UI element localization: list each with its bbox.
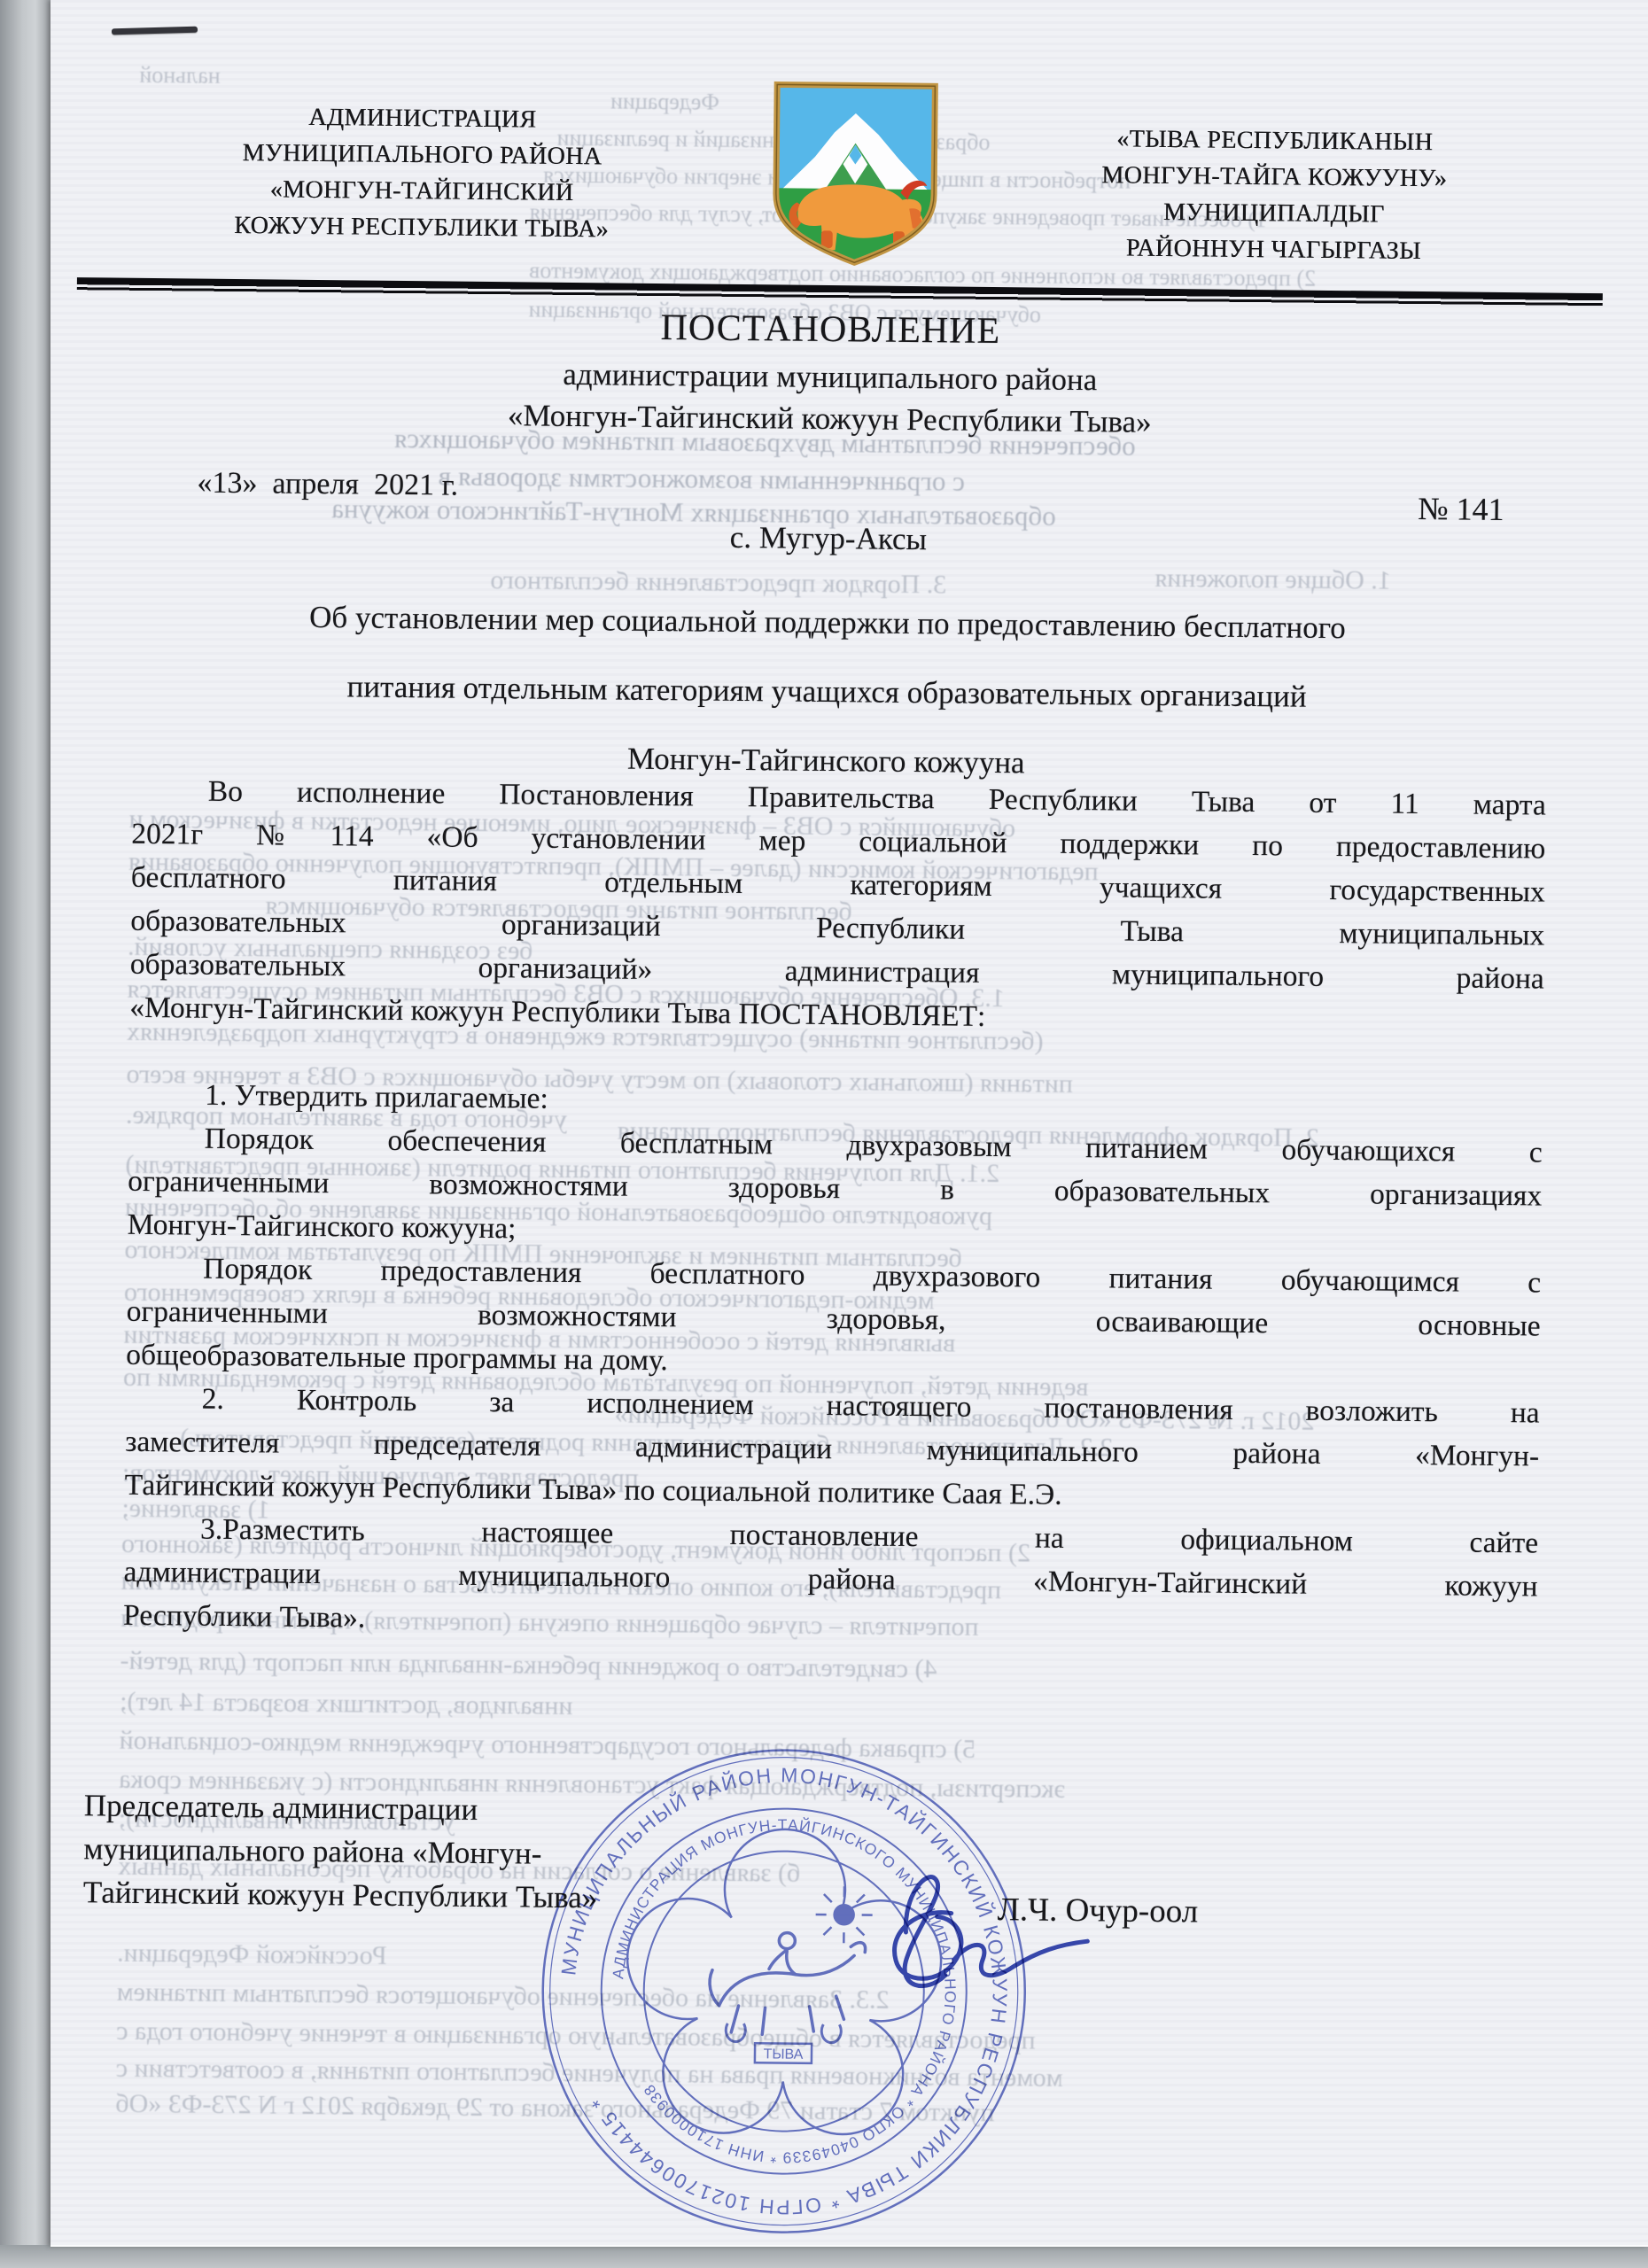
document-place: с. Мугур-Аксы [57, 513, 1600, 564]
document-number: № 141 [1418, 490, 1504, 528]
svg-text:ТЫВА: ТЫВА [764, 2047, 804, 2062]
org-name-line: РАЙОННУН ЧАГЫРГАЗЫ [1034, 229, 1512, 270]
org-name-line: «ТЫВА РЕСПУБЛИКАНЫН [1035, 120, 1513, 161]
org-name-line: МУНИЦИПАЛДЫГ [1035, 192, 1513, 234]
bleed-through-text-line: Российской Федерации. [117, 1938, 387, 1971]
scanner-edge-left [0, 0, 51, 2268]
issuing-org-name-russian: АДМИНИСТРАЦИЯМУНИЦИПАЛЬНОГО РАЙОНА«МОНГУ… [155, 97, 688, 248]
org-name-line: КОЖУУН РЕСПУБЛИКИ ТЫВА» [155, 206, 687, 248]
bleed-through-text-line: нальной [139, 62, 221, 89]
bleed-through-text-line: инвалидов, достигших возраста 14 лет); [120, 1687, 573, 1721]
signature-block: Председатель администрациимуниципального… [83, 1783, 599, 1919]
org-name-line: МОНГУН-ТАЙГА КОЖУУНУ» [1035, 156, 1513, 198]
bleed-through-text-line: с ограниченными возможностями здоровья в [438, 460, 965, 497]
coat-of-arms-field [766, 75, 944, 274]
coat-of-arms [766, 75, 944, 274]
org-name-line: АДМИНИСТРАЦИЯ [157, 97, 688, 139]
signature-title-line: муниципального района «Монгун- [83, 1827, 598, 1876]
stamp-banner: ТЫВА [755, 2043, 812, 2063]
scanned-document-page: нальнойФедерацииобразовательных организа… [0, 0, 1648, 2268]
bleed-through-text-line: 1. Общие положения [1154, 563, 1391, 596]
signature-title-line: Тайгинский кожуун Республики Тыва» [83, 1870, 598, 1919]
paper-sheet: нальнойФедерацииобразовательных организа… [51, 0, 1648, 2247]
org-name-line: «МОНГУН-ТАЙГИНСКИЙ [156, 170, 688, 212]
document-content: нальнойФедерацииобразовательных организа… [51, 0, 1648, 2247]
document-issuer: администрации муниципального района«Монг… [58, 348, 1602, 447]
bleed-through-text-line: 4) свидетельство о рождении ребенка-инва… [120, 1646, 937, 1685]
scanner-edge-bottom [0, 2245, 1648, 2268]
document-title: Об установлении мер социальной поддержки… [103, 580, 1551, 803]
signature-title-line: Председатель администрации [84, 1783, 599, 1832]
signature-ink [820, 1825, 1159, 2032]
issuing-org-name-tuvan: «ТЫВА РЕСПУБЛИКАНЫНМОНГУН-ТАЙГА КОЖУУНУ»… [1034, 120, 1514, 270]
bleed-through-layer: нальнойФедерацииобразовательных организа… [62, 0, 1648, 9]
org-name-line: МУНИЦИПАЛЬНОГО РАЙОНА [156, 134, 688, 175]
document-body: Во исполнение Постановления Правительств… [123, 769, 1546, 1652]
document-date: «13» апреля 2021 г. [197, 467, 458, 503]
